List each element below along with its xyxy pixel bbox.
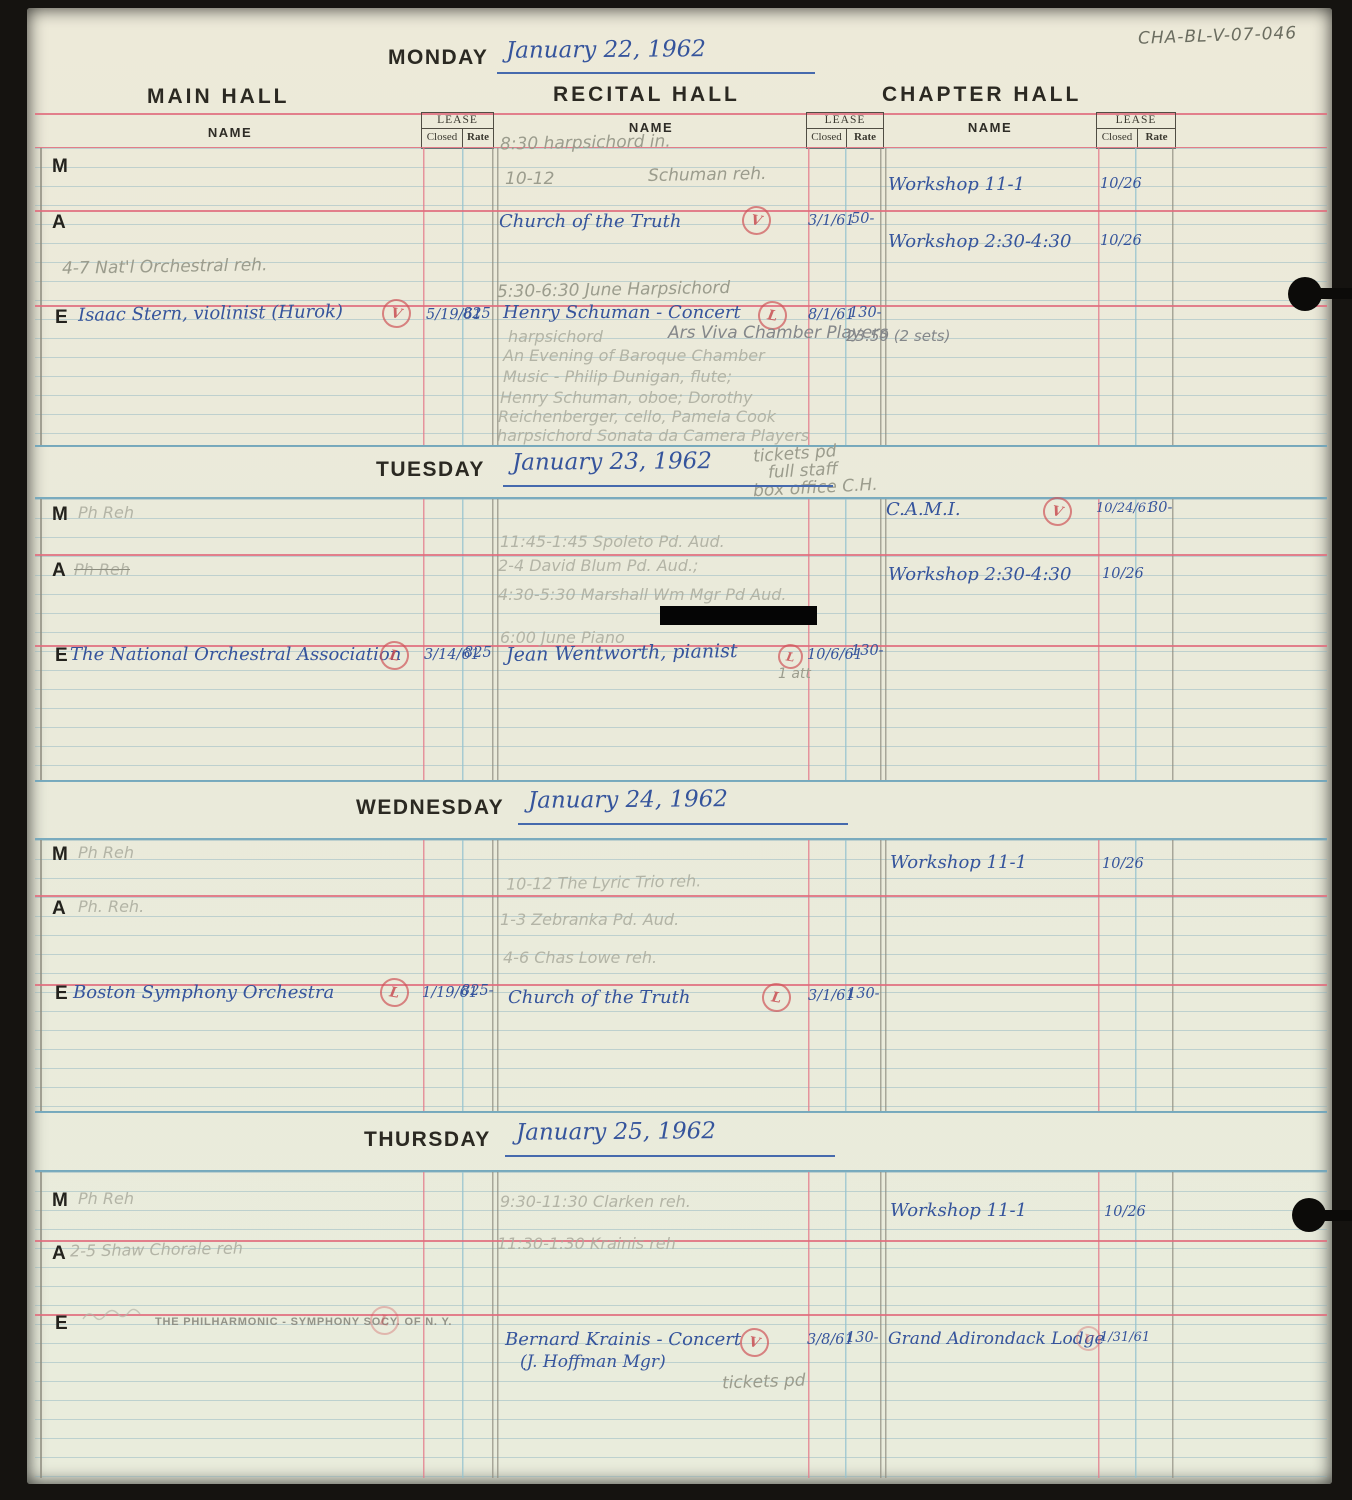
lease-label: LEASE [1097, 113, 1175, 129]
entry-tue-chapter-morning: C.A.M.I. [886, 499, 961, 520]
lease-rate: 130- [846, 1330, 879, 1346]
lease-header-chapter: LEASE Closed Rate [1096, 112, 1176, 149]
entry-wed-recital-note3: 4-6 Chas Lowe reh. [503, 948, 657, 967]
lease-rate: 130- [851, 643, 884, 659]
row-label-afternoon: A [52, 898, 66, 920]
day-label-tuesday: TUESDAY [376, 458, 485, 482]
entry-mon-recital-program2: Music - Philip Dunigan, flute; [503, 367, 732, 386]
hall-title-chapter: CHAPTER HALL [882, 83, 1081, 107]
entry-mon-recital-program5: harpsichord Sonata da Camera Players [497, 426, 809, 445]
entry-thu-recital-evening: Bernard Krainis - Concert [505, 1329, 741, 1350]
rate-label: Rate [847, 129, 883, 148]
lease-rate: 825- [461, 983, 494, 999]
entry-tue-main-afternoon-note: Ph Reh [74, 560, 130, 579]
entry-wed-main-afternoon-note: Ph. Reh. [78, 897, 144, 916]
row-label-morning: M [52, 504, 68, 526]
day-label-monday: MONDAY [388, 46, 488, 70]
entry-wed-recital-note1: 10-12 The Lyric Trio reh. [506, 871, 702, 893]
lease-closed-date: 1/31/61 [1100, 1330, 1150, 1345]
entry-mon-main-afternoon-note: 4-7 Nat'l Orchestral reh. [62, 255, 268, 279]
lease-closed-date: 10/26 [1100, 176, 1142, 192]
entry-wed-chapter-morning: Workshop 11-1 [890, 852, 1027, 873]
lease-closed-date: 10/24/61 [1096, 501, 1154, 516]
entry-mon-chapter-afternoon: Workshop 2:30-4:30 [888, 231, 1071, 252]
entry-thu-main-morning-note: Ph Reh [78, 1189, 134, 1208]
entry-thu-recital-note1: 9:30-11:30 Clarken reh. [500, 1192, 691, 1211]
closed-label: Closed [1097, 129, 1138, 148]
entry-mon-recital-note1: 8:30 harpsichord in. [500, 132, 671, 155]
entry-wed-recital-evening: Church of the Truth [508, 987, 690, 1008]
hall-title-recital: RECITAL HALL [553, 83, 740, 107]
entry-wed-main-morning-note: Ph Reh [78, 843, 134, 862]
entry-tue-recital-evening: Jean Wentworth, pianist [506, 640, 738, 666]
entry-tue-recital-note5: 1 att [778, 666, 811, 682]
lease-label: LEASE [422, 113, 493, 129]
entry-mon-recital-evening: Henry Schuman - Concert [503, 302, 741, 323]
lease-rate: 825 [463, 306, 491, 322]
col-header-name-chapter: NAME [885, 120, 1095, 135]
redaction-bar [660, 606, 817, 625]
row-label-evening: E [55, 983, 68, 1005]
lease-closed-date: 10/26 [1102, 566, 1144, 582]
scanned-ledger-page: CHA-BL-V-07-046 MONDAY January 22, 1962 … [0, 0, 1352, 1500]
hole-punch [1292, 1198, 1326, 1232]
entry-tue-main-morning-note: Ph Reh [78, 503, 134, 522]
day-label-wednesday: WEDNESDAY [356, 796, 504, 820]
pencil-scribble [80, 1305, 150, 1327]
hole-punch [1288, 277, 1322, 311]
col-header-name-main: NAME [40, 125, 420, 140]
row-label-evening: E [55, 645, 68, 667]
lease-rate: 30- [1149, 500, 1172, 516]
lease-closed-date: 10/26 [1102, 856, 1144, 872]
lease-label: LEASE [807, 113, 883, 129]
row-separator [35, 895, 1327, 897]
lease-rate: 50- [851, 211, 874, 227]
row-label-morning: M [52, 844, 68, 866]
row-label-morning: M [52, 156, 68, 178]
rate-label: Rate [463, 129, 493, 148]
row-label-afternoon: A [52, 212, 66, 234]
closed-label: Closed [807, 129, 847, 148]
entry-mon-recital-note3: 5:30-6:30 June Harpsichord [497, 278, 731, 302]
closed-label: Closed [422, 129, 463, 148]
date-tuesday: January 23, 1962 [512, 448, 712, 476]
entry-mon-recital-note5-rate: 23.50 (2 sets) [846, 327, 950, 345]
entry-mon-recital-note4: harpsichord [508, 327, 603, 346]
entry-tue-recital-note2: 2-4 David Blum Pd. Aud.; [498, 556, 698, 575]
entry-mon-main-evening: Isaac Stern, violinist (Hurok) [78, 301, 343, 326]
date-underline [503, 485, 833, 487]
entry-tue-recital-note1: 11:45-1:45 Spoleto Pd. Aud. [500, 532, 725, 551]
lease-closed-date: 10/26 [1104, 1204, 1146, 1220]
day-label-thursday: THURSDAY [364, 1128, 491, 1152]
philharmonic-stamp: THE PHILHARMONIC - SYMPHONY SOCY. OF N. … [155, 1316, 452, 1328]
entry-thu-recital-evening2: (J. Hoffman Mgr) [520, 1352, 666, 1372]
date-underline [505, 1155, 835, 1157]
entry-thu-main-afternoon-note: 2-5 Shaw Chorale reh [70, 1238, 243, 1260]
entry-mon-recital-program1: An Evening of Baroque Chamber [503, 346, 765, 365]
entry-mon-recital-note2: 10-12 [505, 169, 554, 189]
hole-punch-tab [1318, 288, 1352, 299]
entry-tue-main-evening: The National Orchestral Association [70, 644, 401, 665]
row-label-afternoon: A [52, 1243, 66, 1265]
entry-thu-chapter-evening: Grand Adirondack Lodge [888, 1329, 1105, 1349]
row-label-evening: E [55, 1313, 68, 1335]
lease-header-main: LEASE Closed Rate [421, 112, 494, 149]
row-label-afternoon: A [52, 560, 66, 582]
entry-mon-recital-program3: Henry Schuman, oboe; Dorothy [500, 388, 753, 407]
entry-thu-recital-note2: 11:30-1:30 Krainis reh [497, 1234, 676, 1253]
row-label-evening: E [55, 307, 68, 329]
date-underline [518, 823, 848, 825]
lease-rate: 130- [849, 305, 882, 321]
entry-mon-chapter-morning: Workshop 11-1 [888, 174, 1025, 195]
lease-closed-date: 10/26 [1100, 233, 1142, 249]
date-monday: January 22, 1962 [506, 36, 706, 64]
entry-wed-main-evening: Boston Symphony Orchestra [73, 982, 334, 1003]
row-label-morning: M [52, 1190, 68, 1212]
date-underline [497, 72, 815, 74]
entry-tue-chapter-afternoon: Workshop 2:30-4:30 [888, 564, 1071, 585]
lease-closed-date: 8/1/61 [808, 307, 855, 323]
entry-tue-recital-note3: 4:30-5:30 Marshall Wm Mgr Pd Aud. [498, 585, 787, 604]
hall-title-main: MAIN HALL [147, 85, 289, 109]
hole-punch-tab [1322, 1210, 1352, 1221]
lease-closed-date: 3/1/61 [808, 213, 855, 229]
date-thursday: January 25, 1962 [516, 1118, 716, 1146]
date-wednesday: January 24, 1962 [528, 786, 728, 814]
entry-mon-recital-note2b: Schuman reh. [648, 164, 767, 186]
lease-rate: 130- [847, 986, 880, 1002]
note-tickets-pd: tickets pd [722, 1371, 806, 1394]
entry-mon-recital-program4: Reichenberger, cello, Pamela Cook [498, 407, 776, 426]
lease-rate: 825 [464, 645, 492, 661]
entry-thu-chapter-morning: Workshop 11-1 [890, 1200, 1027, 1221]
entry-wed-recital-note2: 1-3 Zebranka Pd. Aud. [500, 910, 679, 929]
entry-mon-recital-afternoon: Church of the Truth [499, 211, 681, 232]
rate-label: Rate [1138, 129, 1175, 148]
lease-header-recital: LEASE Closed Rate [806, 112, 884, 149]
